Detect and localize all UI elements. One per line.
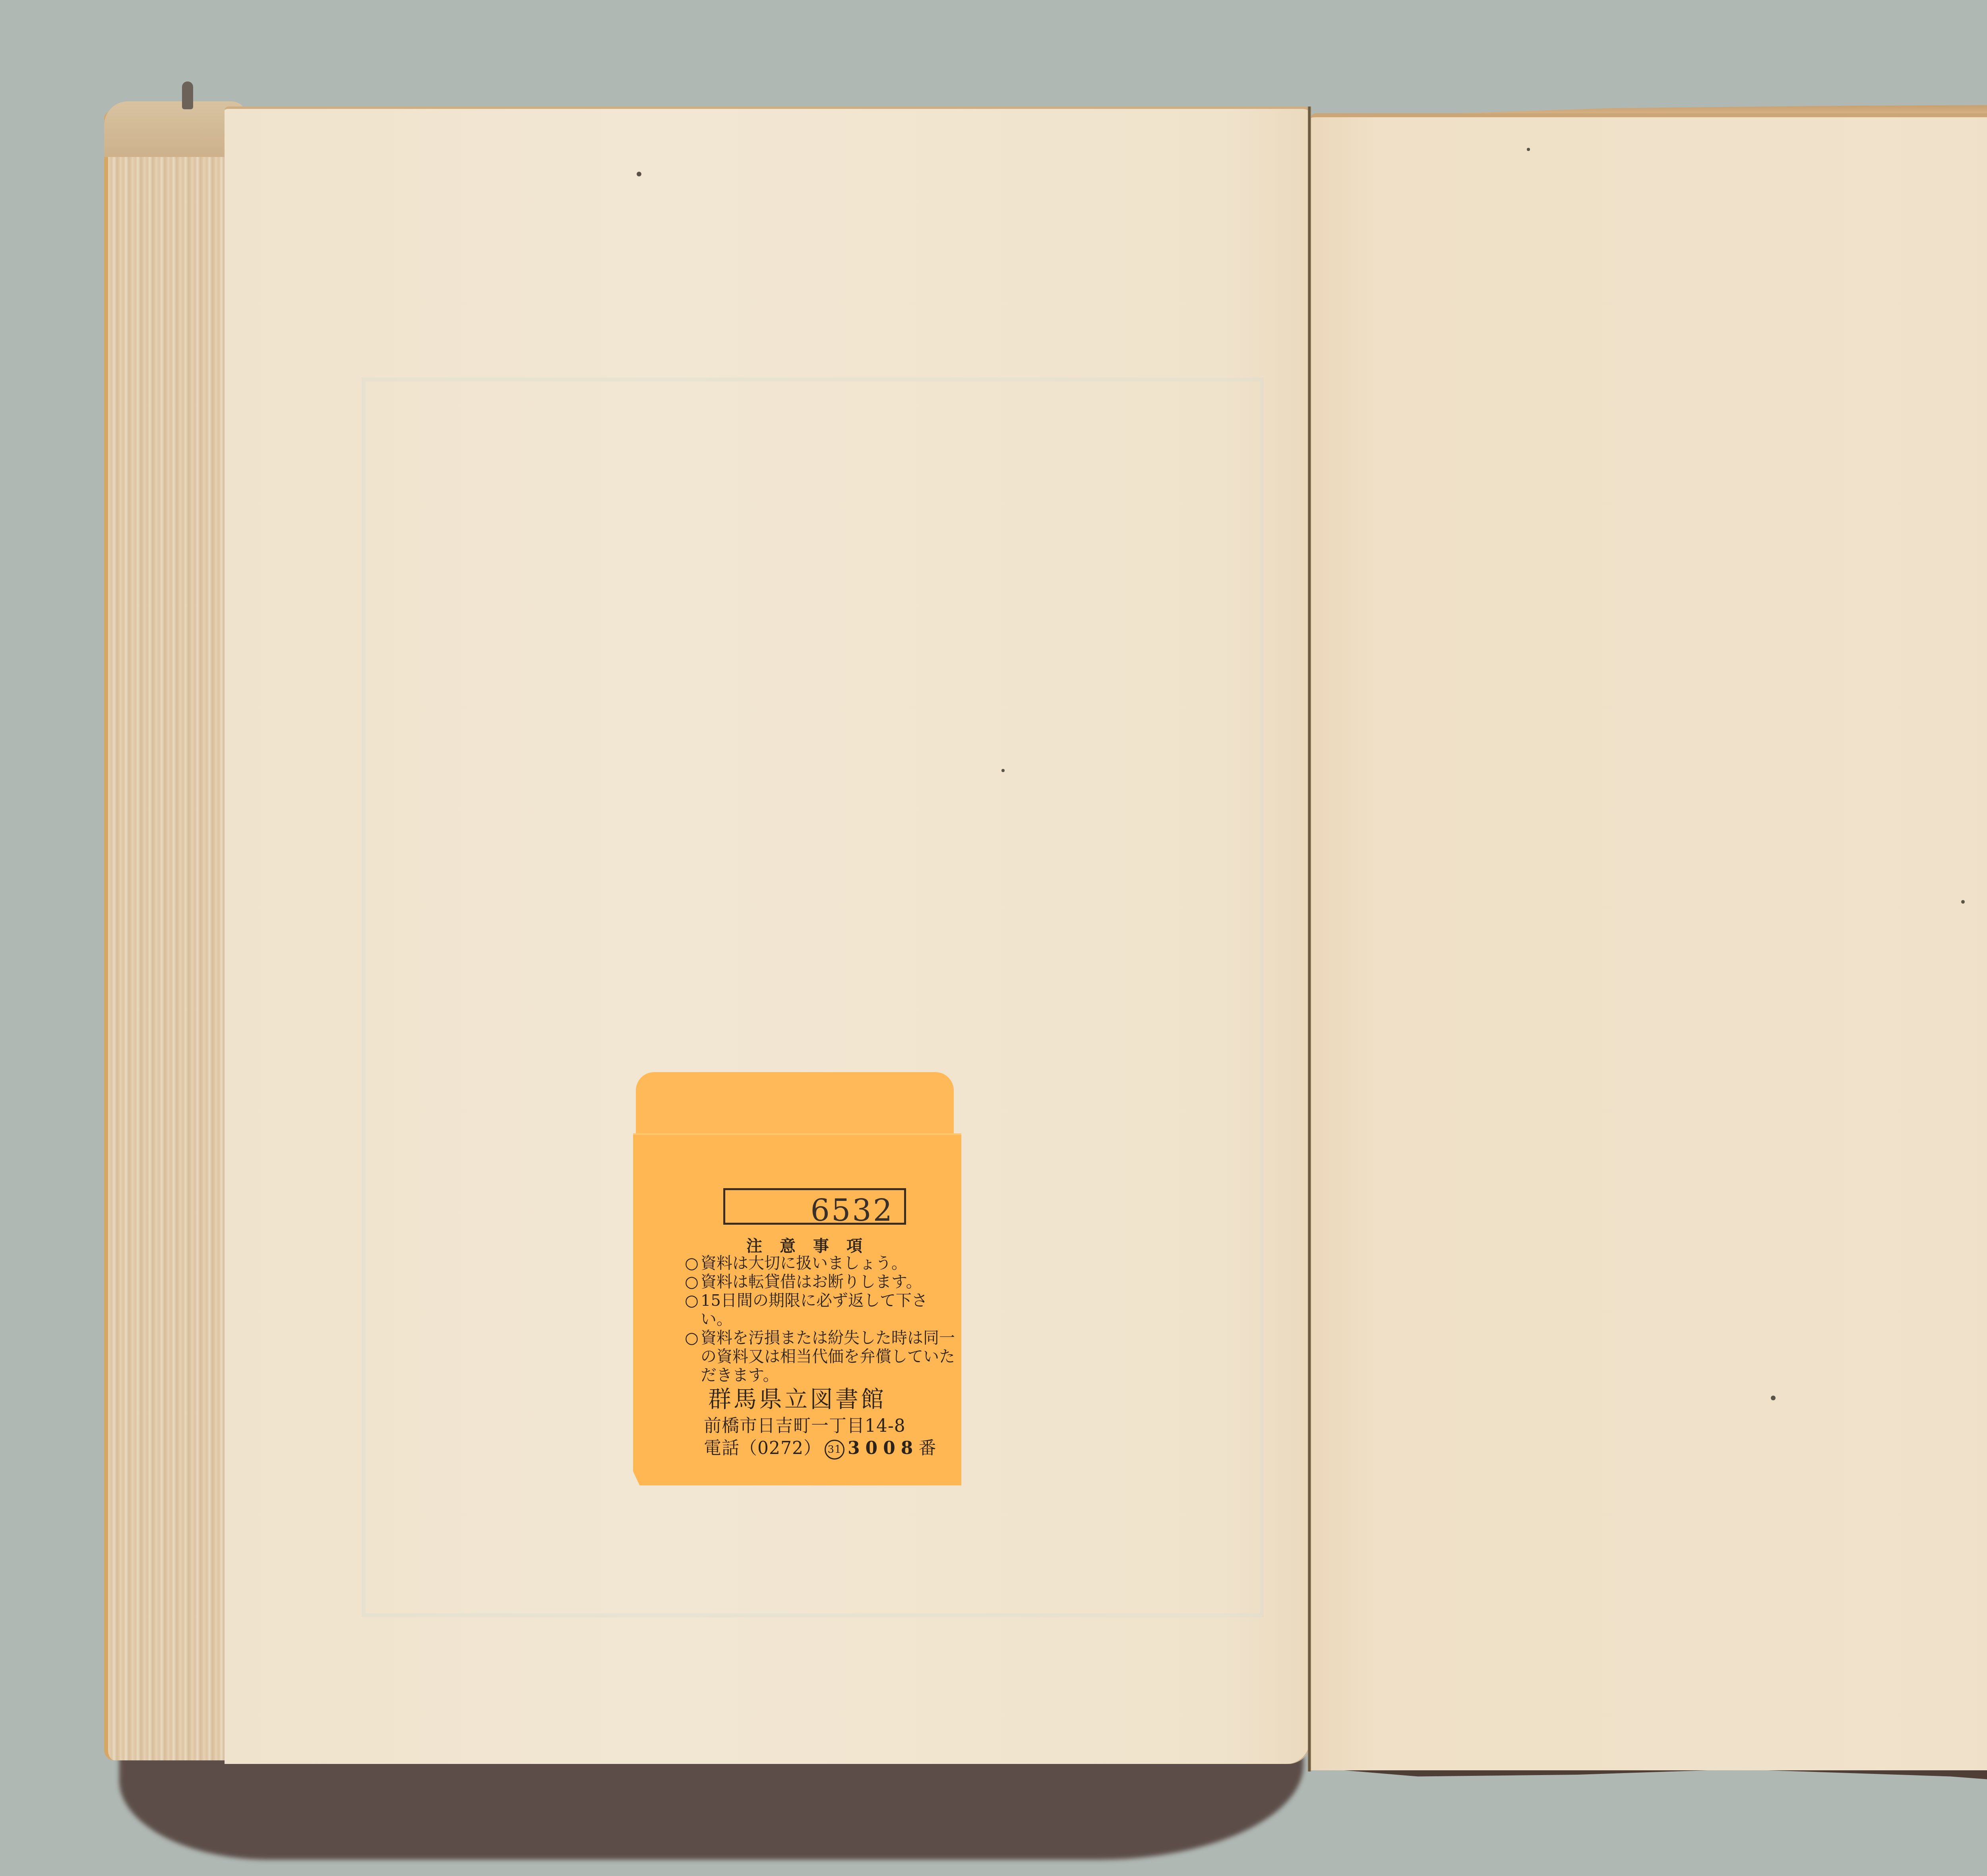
library-name: 群馬県立図書館 [633,1380,961,1414]
paper-speck [1527,148,1530,151]
rule-item: ○ 資料は転貸借はお断りします。 [685,1273,959,1291]
rules-list: ○ 資料は大切に扱いましょう。 ○ 資料は転貸借はお断りします。 ○ 15日間の… [685,1254,959,1385]
page-edges-block [104,111,231,1760]
call-number-box: 6532 [723,1188,906,1225]
circle-bullet-icon: ○ [685,1273,701,1291]
call-number: 6532 [811,1193,894,1228]
paper-speck [637,172,641,176]
right-page [1311,113,1987,1770]
circle-bullet-icon: ○ [685,1329,701,1385]
library-address: 前橋市日吉町一丁目14-8 [704,1411,906,1437]
circle-bullet-icon: ○ [685,1291,701,1329]
book-gutter [1308,106,1311,1771]
rule-item: ○ 15日間の期限に必ず返して下さい。 [685,1291,959,1329]
binding-thread-tuft [182,81,193,109]
rule-item: ○ 資料を汚損または紛失した時は同一の資料又は相当代価を弁償していただきます。 [685,1329,959,1385]
pocket-back-flap [636,1072,954,1140]
library-phone: 電話（0272）313008番 [704,1434,936,1460]
notice-title: 注意事項 [633,1233,977,1256]
paper-speck [1771,1396,1776,1400]
paper-speck [1001,769,1005,772]
paper-speck [1961,900,1965,904]
circle-bullet-icon: ○ [685,1254,701,1273]
rule-item: ○ 資料は大切に扱いましょう。 [685,1254,959,1273]
book-shadow-left [119,1756,1303,1860]
library-loan-pocket: 6532 注意事項 ○ 資料は大切に扱いましょう。 ○ 資料は転貸借はお断りしま… [633,1133,961,1485]
circled-exchange-number: 31 [825,1440,844,1460]
